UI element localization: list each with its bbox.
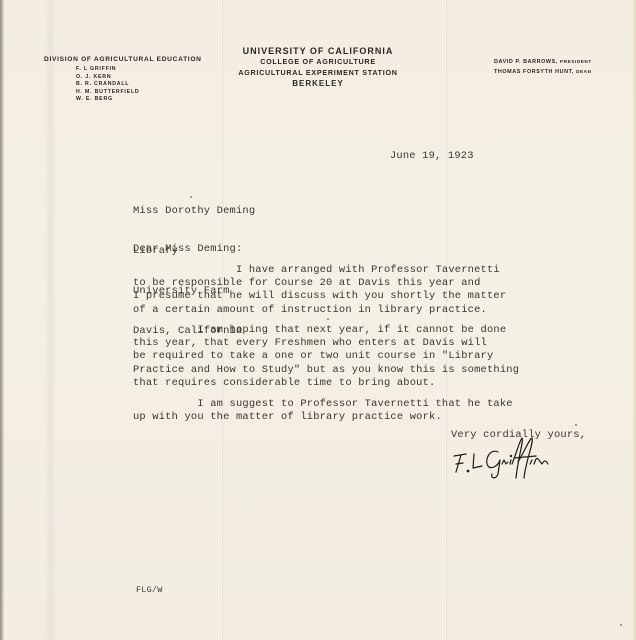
paper-speck <box>327 318 329 320</box>
president-line: David P. Barrows, President <box>494 57 592 67</box>
paper-speck <box>620 624 622 626</box>
staff-member: W. E. Berg <box>76 96 202 104</box>
paper-speck <box>575 424 577 426</box>
fold-line <box>445 0 447 640</box>
reference-initials: FLG/W <box>136 585 163 595</box>
university-name: University of California <box>0 46 636 57</box>
dean-name: Thomas Forsyth Hunt, <box>494 69 574 75</box>
president-name: David P. Barrows, <box>494 59 558 65</box>
body-paragraph: I am suggest to Professor Tavernetti tha… <box>133 398 513 424</box>
president-role: President <box>560 59 592 64</box>
salutation: Dear Miss Deming: <box>133 243 242 255</box>
address-line: Miss Dorothy Deming <box>133 205 255 218</box>
scan-edge <box>0 0 4 640</box>
staff-member: H. M. Butterfield <box>76 89 202 97</box>
body-paragraph: I have arranged with Professor Tavernett… <box>133 264 506 317</box>
body-paragraph: I am hoping that next year, if it cannot… <box>133 324 519 390</box>
dean-line: Thomas Forsyth Hunt, Dean <box>494 67 592 77</box>
letterhead-officers: David P. Barrows, President Thomas Forsy… <box>494 57 592 77</box>
letter-paper: Division of Agricultural Education F. L … <box>0 0 636 640</box>
city-name: Berkeley <box>0 78 636 89</box>
letter-date: June 19, 1923 <box>390 150 474 162</box>
dean-role: Dean <box>576 69 591 74</box>
paper-speck <box>190 196 192 198</box>
handwritten-signature <box>446 434 556 484</box>
